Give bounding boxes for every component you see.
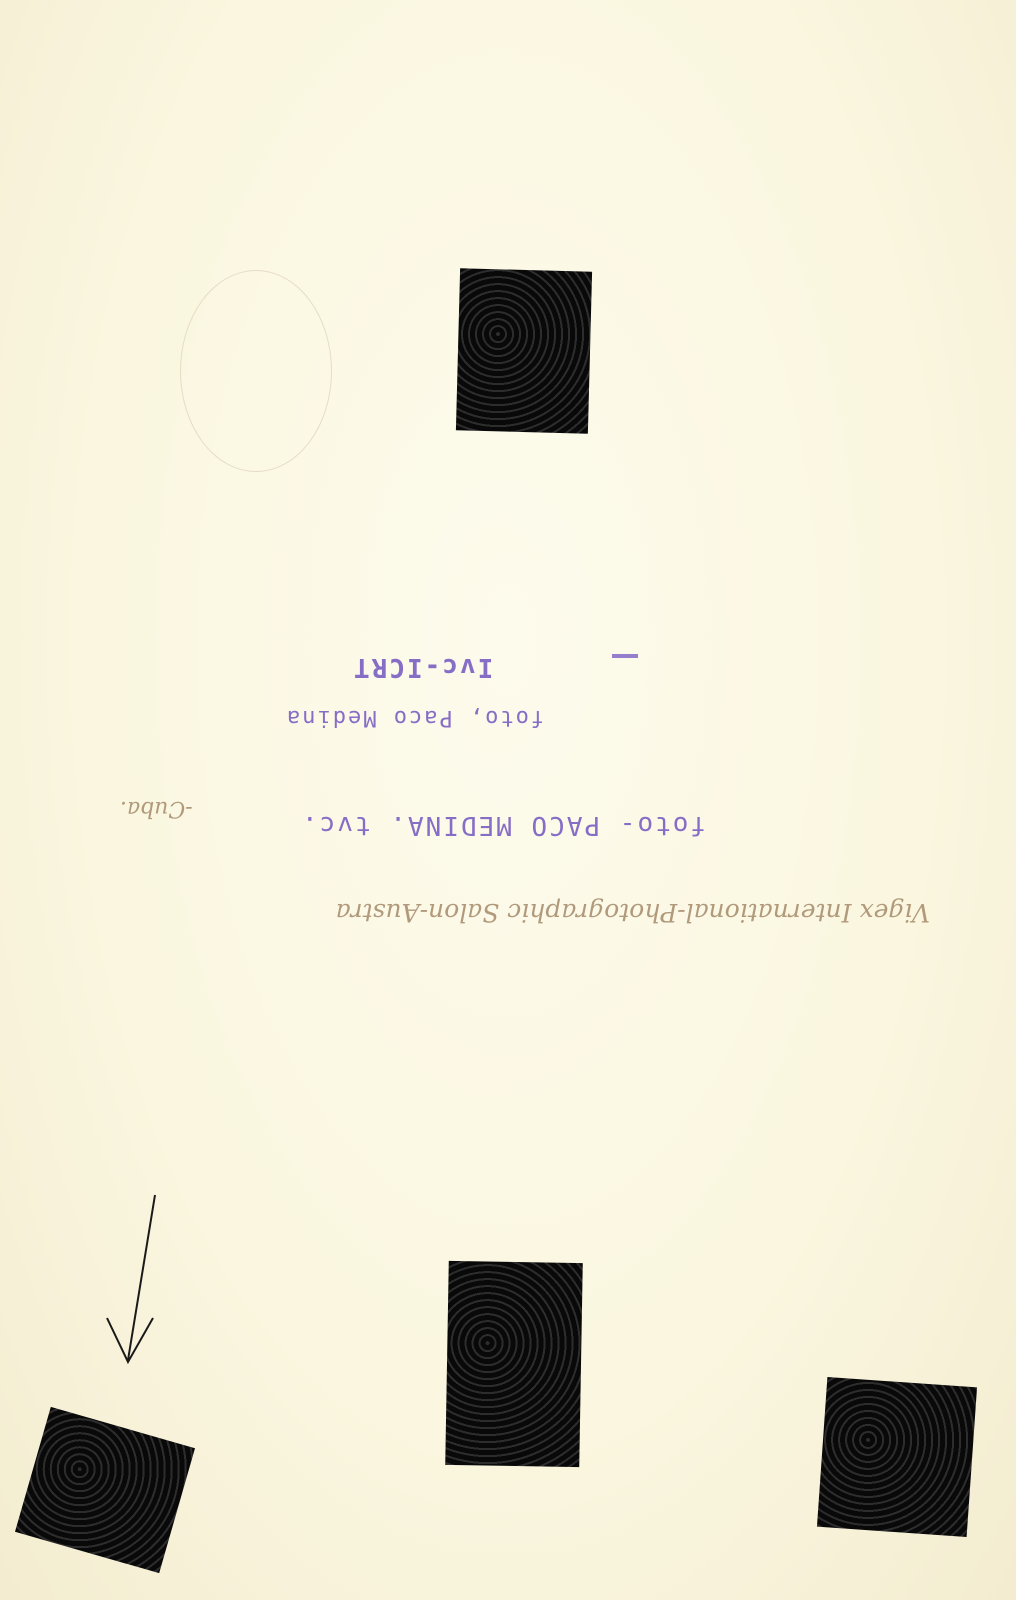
stamp-foto-paco-medina: foto, Paco Medina [285, 705, 544, 730]
tape-patch-bottom-center [445, 1261, 583, 1467]
tape-patch-bottom-right [817, 1377, 977, 1537]
arrow-down-icon [95, 1190, 175, 1390]
faint-pencil-mark [180, 270, 332, 472]
stamp-foto-paco-medina-tvc: foto- PACO MEDINA. tvc. [300, 810, 706, 840]
handwritten-cuba: -Cuba. [120, 796, 193, 821]
handwritten-salon-note: Vigex International-Photographic Salon-A… [0, 898, 930, 927]
stamp-dash [612, 654, 638, 658]
stamp-ivc-icrt: Ivc-ICRT [352, 652, 493, 682]
tape-patch-top [456, 268, 592, 433]
